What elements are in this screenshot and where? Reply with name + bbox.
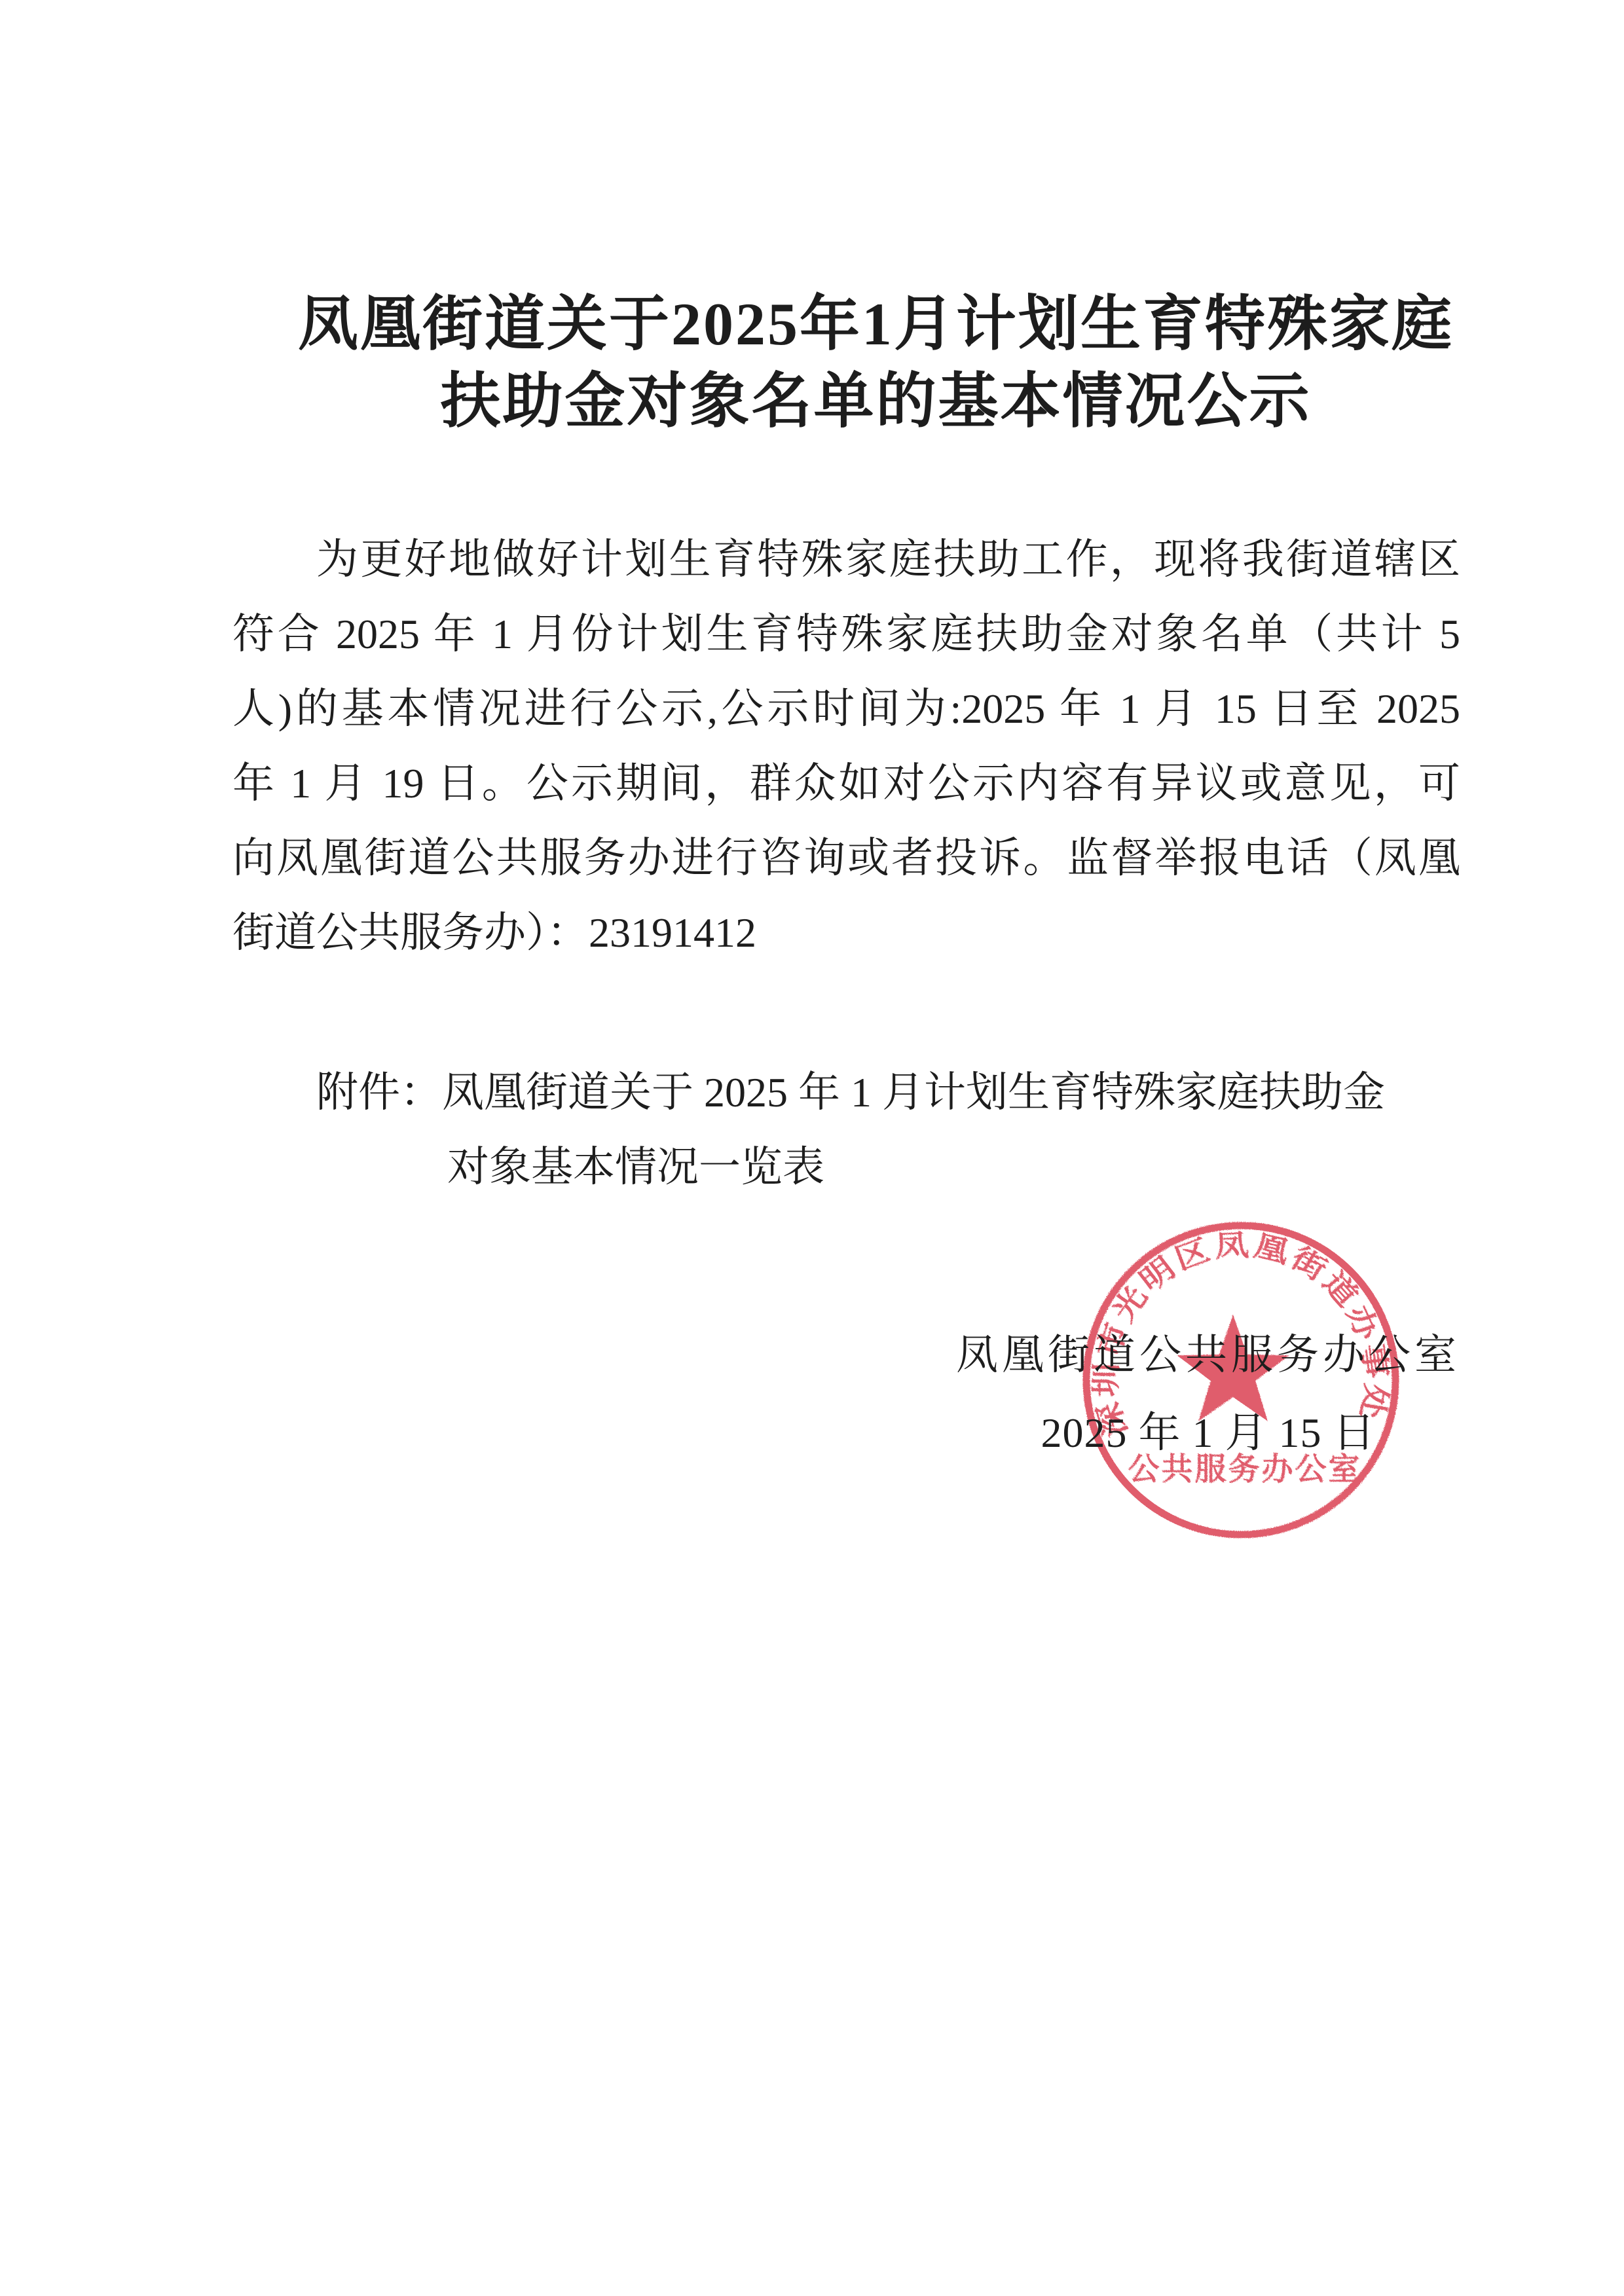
document-title: 凤凰街道关于2025年1月计划生育特殊家庭 扶助金对象名单的基本情况公示 [262, 285, 1490, 440]
date-line: 2025 年 1 月 15 日 [930, 1396, 1486, 1470]
body-line: 向凤凰街道公共服务办进行咨询或者投诉。监督举报电话（凤凰 [232, 821, 1460, 896]
document-page: 凤凰街道关于2025年1月计划生育特殊家庭 扶助金对象名单的基本情况公示 为更好… [0, 0, 1624, 2296]
attachment-section: 附件：凤凰街道关于 2025 年 1 月计划生育特殊家庭扶助金 对象基本情况一览… [316, 1055, 1385, 1205]
body-line: 街道公共服务办）：23191412 [232, 896, 1460, 970]
title-line-2: 扶助金对象名单的基本情况公示 [262, 363, 1490, 440]
body-line: 为更好地做好计划生育特殊家庭扶助工作，现将我街道辖区 [232, 522, 1460, 597]
signature-line: 凤凰街道公共服务办公室 [930, 1318, 1486, 1393]
body-line: 年 1 月 19 日。公示期间，群众如对公示内容有异议或意见，可 [232, 746, 1460, 821]
body-line: 人)的基本情况进行公示,公示时间为:2025 年 1 月 15 日至 2025 [232, 672, 1460, 746]
attachment-line-2: 对象基本情况一览表 [447, 1130, 1385, 1205]
body-paragraph: 为更好地做好计划生育特殊家庭扶助工作，现将我街道辖区 符合 2025 年 1 月… [232, 522, 1460, 970]
body-line: 符合 2025 年 1 月份计划生育特殊家庭扶助金对象名单（共计 5 [232, 597, 1460, 672]
attachment-line-1: 附件：凤凰街道关于 2025 年 1 月计划生育特殊家庭扶助金 [316, 1055, 1385, 1130]
title-line-1: 凤凰街道关于2025年1月计划生育特殊家庭 [262, 285, 1490, 363]
